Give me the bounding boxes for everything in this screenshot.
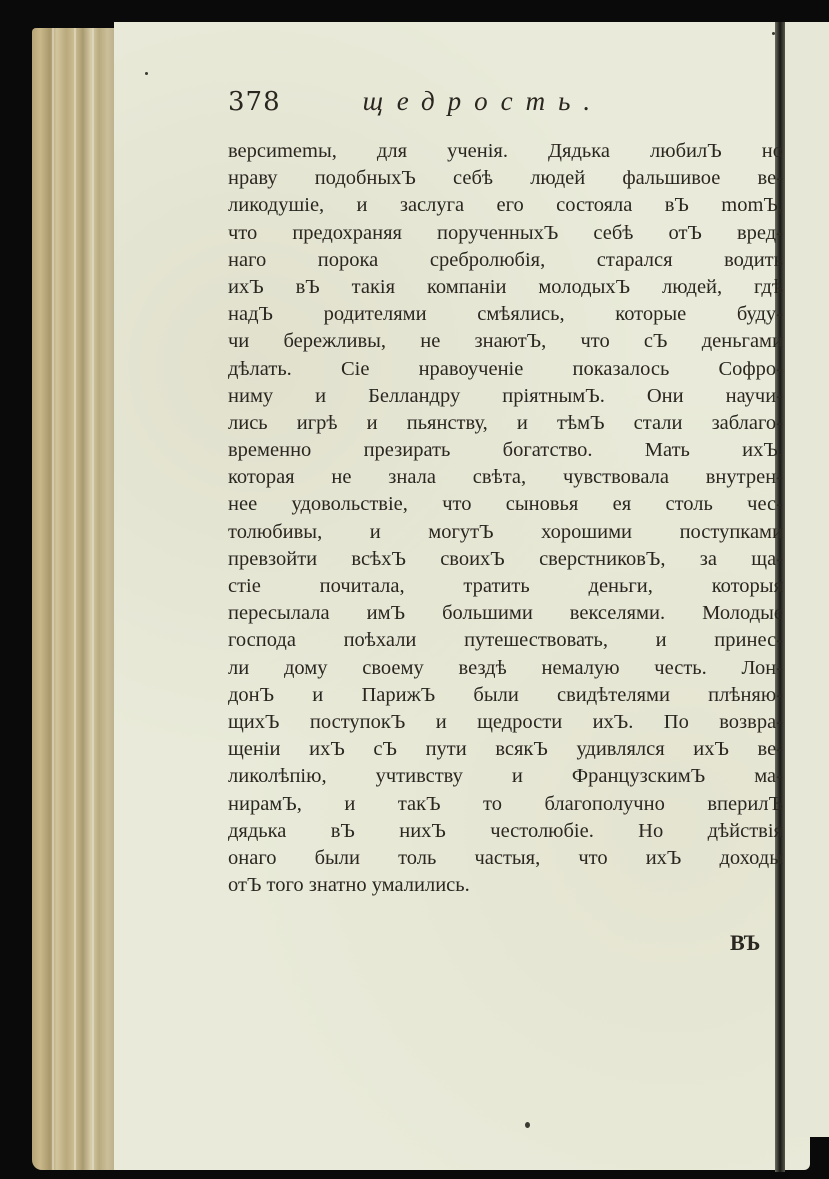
text-line: что предохраняя порученныхЪ себѣ отЪ вре…: [228, 220, 783, 247]
text-line: временно презирать богатство. Мать ихЪ,: [228, 437, 783, 464]
text-line: господа поѣхали путешествовать, и принес…: [228, 627, 783, 654]
text-line: онаго были толь частыя, что ихЪ доходы: [228, 845, 783, 872]
running-head-title: щедрость.: [363, 86, 604, 117]
text-line: нее удовольствіе, что сыновья ея столь ч…: [228, 491, 783, 518]
text-line: стіе почитала, тратить деньги, которыя: [228, 573, 783, 600]
text-line: ихЪ вЪ такія компаніи молодыхЪ людей, гд…: [228, 274, 783, 301]
text-line: ниму и Белландру пріятнымЪ. Они научи-: [228, 383, 783, 410]
text-line: ликодушіе, и заслуга его состояла вЪ mom…: [228, 192, 783, 219]
text-line: щеніи ихЪ сЪ пути всякЪ удивлялся ихЪ ве…: [228, 736, 783, 763]
paper-speck: [145, 72, 148, 75]
text-line: которая не знала свѣта, чувствовала внут…: [228, 464, 783, 491]
text-line: щихЪ поступокЪ и щедрости ихЪ. По возвра…: [228, 709, 783, 736]
text-line: дѣлать. Сіе нравоученіе показалось Софро…: [228, 356, 783, 383]
text-line: ликолѣпію, учтивству и ФранцузскимЪ ма-: [228, 763, 783, 790]
text-line: донЪ и ПарижЪ были свидѣтелями плѣняю-: [228, 682, 783, 709]
facing-page-edge: [785, 22, 829, 1137]
page-content: 378 щедрость. версиmеmы, для ученія. Дяд…: [228, 86, 786, 899]
text-line: надЪ родителями смѣялись, которые буду-: [228, 301, 783, 328]
text-line: наго порока сребролюбія, старался водить: [228, 247, 783, 274]
text-line: ли дому своему вездѣ немалую честь. Лон-: [228, 655, 783, 682]
body-text: версиmеmы, для ученія. Дядька любилЪ но …: [228, 138, 786, 899]
text-line: толюбивы, и могутЪ хорошими поступками: [228, 519, 783, 546]
text-line: чи бережливы, не знаютЪ, что сЪ деньгами: [228, 328, 783, 355]
page-number: 378: [228, 87, 281, 117]
text-line: дядька вЪ нихЪ честолюбіе. Но дѣйствія: [228, 818, 783, 845]
text-line: лись игрѣ и пьянству, и тѣмЪ стали забла…: [228, 410, 783, 437]
text-line: нраву подобныхЪ себѣ людей фальшивое ве-: [228, 165, 783, 192]
text-line: превзойти всѣхЪ своихЪ сверстниковЪ, за …: [228, 546, 783, 573]
text-line: отЪ того знатно умалились.: [228, 872, 783, 899]
catchword: ВЪ: [730, 930, 760, 956]
text-line: пересылала имЪ большими векселями. Молод…: [228, 600, 783, 627]
text-line: версиmеmы, для ученія. Дядька любилЪ но: [228, 138, 783, 165]
paper-speck: [525, 1122, 530, 1128]
running-head: 378 щедрость.: [228, 86, 786, 130]
paper-speck: [772, 32, 775, 35]
page-edges-stack: [32, 28, 114, 1170]
text-line: нирамЪ, и такЪ то благополучно вперилЪ: [228, 791, 783, 818]
